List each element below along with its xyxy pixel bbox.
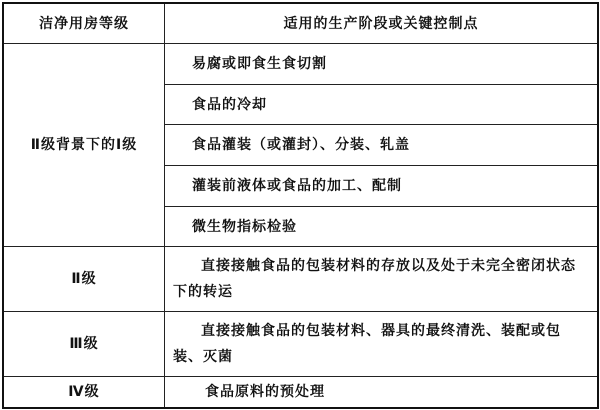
- stage-cell-2-1-wrap: 直接接触食品的包装材料的存放以及处于未完全密闭状态下的转运: [165, 247, 597, 311]
- grade-cell-group-2: Ⅱ级: [4, 247, 164, 311]
- grade-cell-group-1: Ⅱ级背景下的Ⅰ级: [4, 44, 164, 246]
- header-cleanroom-grade: 洁净用房等级: [4, 4, 164, 43]
- cleanroom-grade-table: 洁净用房等级 适用的生产阶段或关键控制点 Ⅱ级背景下的Ⅰ级 易腐或即食生食切割 …: [2, 2, 599, 409]
- stage-cell-3-1-wrap: 直接接触食品的包装材料、器具的最终清洗、装配或包装、灭菌: [165, 312, 597, 376]
- stage-cell-1-1: 易腐或即食生食切割: [165, 44, 597, 84]
- stage-cell-3-1: 直接接触食品的包装材料、器具的最终清洗、装配或包装、灭菌: [165, 318, 597, 370]
- grade-cell-group-4: Ⅳ级: [4, 377, 164, 407]
- stage-cell-1-4: 灌装前液体或食品的加工、配制: [165, 166, 597, 206]
- header-production-stage: 适用的生产阶段或关键控制点: [165, 4, 597, 43]
- stage-cell-1-3: 食品灌装（或灌封）、分装、轧盖: [165, 125, 597, 165]
- stage-cell-1-5: 微生物指标检验: [165, 207, 597, 246]
- stage-cell-1-2: 食品的冷却: [165, 85, 597, 124]
- stage-cell-4-1: 食品原料的预处理: [165, 377, 597, 407]
- grade-cell-group-3: Ⅲ级: [4, 312, 164, 376]
- stage-cell-2-1: 直接接触食品的包装材料的存放以及处于未完全密闭状态下的转运: [165, 253, 597, 305]
